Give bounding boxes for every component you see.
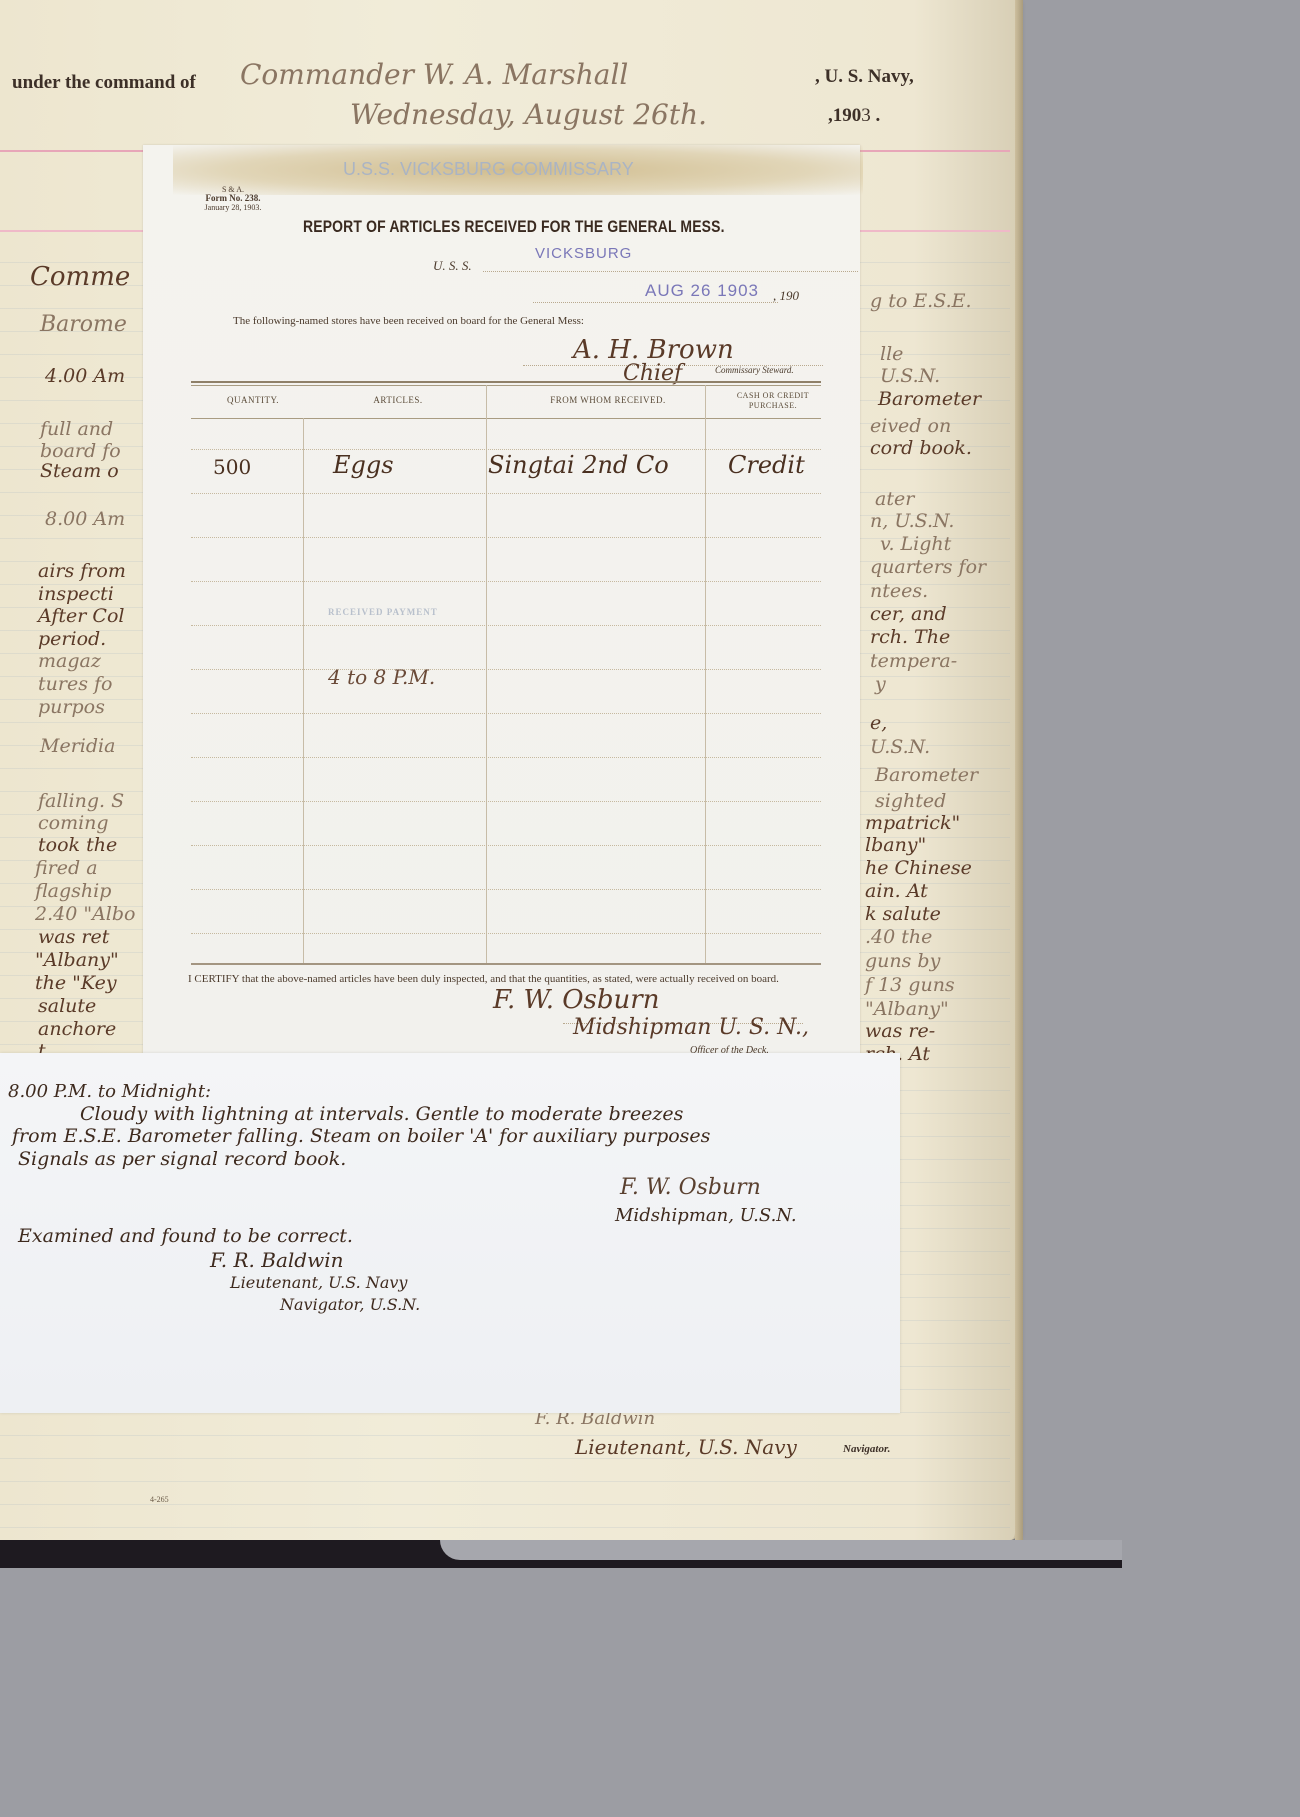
table-bottom-rule (191, 963, 821, 965)
row-line (191, 449, 821, 450)
margin-right-24: .40 the (865, 926, 932, 948)
mess-report-form: U.S.S. VICKSBURG COMMISSARY S & A. Form … (143, 145, 860, 1060)
navigator-label: Navigator. (843, 1443, 890, 1455)
margin-left-1: Barome (40, 312, 127, 337)
margin-right-6: ater (875, 488, 914, 510)
margin-left-3: full and (40, 418, 113, 440)
bleed-through-watch: 4 to 8 P.M. (328, 665, 435, 689)
year-period: . (876, 105, 881, 126)
margin-right-18: sighted (875, 790, 946, 812)
margin-left-11: magaz (38, 650, 101, 672)
ship-name-line (483, 271, 858, 272)
slip-signature: F. W. Osburn (620, 1175, 761, 1200)
row-line (191, 537, 821, 538)
margin-right-15: e, (870, 712, 887, 734)
commander-name: Commander W. A. Marshall (240, 58, 628, 91)
form-title: REPORT OF ARTICLES RECEIVED FOR THE GENE… (303, 217, 725, 237)
margin-right-3: Barometer (878, 388, 981, 410)
command-prefix: under the command of (12, 72, 196, 94)
date-line (533, 302, 778, 303)
margin-right-28: was re- (865, 1020, 935, 1042)
page-edge (1015, 0, 1023, 1540)
table-header-rule (191, 418, 821, 419)
margin-right-21: he Chinese (865, 857, 972, 879)
margin-left-22: "Albany" (35, 949, 119, 971)
margin-right-1: lle (880, 343, 903, 365)
background-surface (440, 1540, 1122, 1560)
slip-watch: 8.00 P.M. to Midnight: (8, 1081, 211, 1102)
slip-line-1: Cloudy with lightning at intervals. Gent… (80, 1103, 683, 1125)
margin-right-5: cord book. (870, 437, 972, 459)
row-line (191, 625, 821, 626)
intro-text: The following-named stores have been rec… (233, 315, 584, 327)
table-top-rule-2 (191, 385, 821, 386)
margin-right-23: k salute (865, 903, 941, 925)
margin-right-19: mpatrick" (865, 812, 960, 834)
officer-signature: F. W. Osburn (493, 985, 659, 1015)
table-top-rule (191, 381, 821, 383)
form-code-line2: Form No. 238. (206, 193, 261, 203)
row-line (191, 713, 821, 714)
watch-log-slip: 8.00 P.M. to Midnight: Cloudy with light… (0, 1053, 900, 1413)
margin-right-22: ain. At (865, 880, 928, 902)
slip-examined: Examined and found to be correct. (18, 1225, 353, 1247)
officer-rank: Midshipman U. S. N., (573, 1015, 809, 1040)
margin-left-20: 2.40 "Albo (35, 903, 135, 925)
cell-article: Eggs (333, 451, 394, 479)
margin-right-0: g to E.S.E. (870, 290, 972, 312)
slip-line-2: from E.S.E. Barometer falling. Steam on … (12, 1125, 710, 1147)
cell-quantity: 500 (213, 455, 251, 479)
margin-right-16: U.S.N. (870, 736, 930, 758)
date-suffix: , 190 (773, 288, 799, 304)
col-divider-1 (303, 418, 304, 963)
margin-left-7: airs from (38, 560, 126, 582)
form-code-line3: January 28, 1903. (188, 203, 278, 212)
form-code: S & A. Form No. 238. January 28, 1903. (188, 185, 278, 212)
steward-title: Commissary Steward. (715, 365, 794, 375)
bottom-signature-title: Lieutenant, U.S. Navy (575, 1435, 797, 1459)
margin-left-12: tures fo (38, 673, 112, 695)
page-code: 4-265 (150, 1495, 169, 1504)
margin-left-16: coming (38, 812, 109, 834)
col-from-whom: FROM WHOM RECEIVED. (503, 395, 713, 405)
certify-text: I CERTIFY that the above-named articles … (188, 973, 828, 985)
ship-stamp: VICKSBURG (535, 245, 632, 262)
ghost-stamp-bleed: U.S.S. VICKSBURG COMMISSARY (343, 159, 634, 180)
margin-left-14: Meridia (40, 735, 115, 757)
margin-right-12: rch. The (870, 626, 950, 648)
margin-left-25: anchore (38, 1018, 116, 1040)
row-line (191, 933, 821, 934)
margin-right-8: v. Light (880, 533, 951, 555)
year-digit: 3 (861, 105, 871, 126)
margin-right-9: quarters for (870, 556, 986, 578)
navy-suffix: , U. S. Navy, (815, 66, 914, 88)
margin-left-0: Comme (30, 262, 130, 292)
slip-examiner-name: F. R. Baldwin (210, 1248, 343, 1272)
received-payment-ghost: RECEIVED PAYMENT (328, 607, 438, 617)
margin-left-9: After Col (38, 605, 124, 627)
margin-right-27: "Albany" (865, 998, 949, 1020)
margin-left-19: flagship (35, 880, 111, 902)
margin-left-17: took the (38, 834, 117, 856)
margin-right-13: tempera- (870, 650, 957, 672)
margin-right-26: f 13 guns (865, 974, 955, 996)
date-stamp: AUG 26 1903 (645, 281, 759, 301)
col-divider-2 (486, 385, 487, 963)
margin-right-14: y (875, 673, 886, 695)
margin-left-23: the "Key (35, 972, 117, 994)
margin-left-10: period. (38, 628, 106, 650)
margin-left-2: 4.00 Am (45, 365, 125, 387)
margin-left-4: board fo (40, 440, 121, 462)
row-line (191, 889, 821, 890)
margin-right-10: ntees. (870, 580, 928, 602)
margin-left-15: falling. S (38, 790, 124, 812)
slip-signature-rank: Midshipman, U.S.N. (615, 1205, 797, 1226)
row-line (191, 845, 821, 846)
margin-left-5: Steam o (40, 460, 119, 482)
margin-left-6: 8.00 Am (45, 508, 125, 530)
margin-left-8: inspecti (38, 583, 114, 605)
margin-right-4: eived on (870, 415, 951, 437)
row-line (191, 757, 821, 758)
date-handwritten: Wednesday, August 26th. (350, 98, 707, 131)
row-line (191, 493, 821, 494)
row-line (191, 669, 821, 670)
col-divider-3 (705, 385, 706, 963)
cell-from: Singtai 2nd Co (488, 451, 669, 479)
slip-examiner-role: Navigator, U.S.N. (280, 1295, 420, 1314)
year-label: ,1903 . (828, 105, 880, 127)
col-quantity: QUANTITY. (198, 395, 308, 405)
col-cash-credit: CASH OR CREDIT PURCHASE. (723, 391, 823, 411)
margin-left-18: fired a (35, 857, 98, 879)
margin-right-2: U.S.N. (880, 365, 940, 387)
margin-right-11: cer, and (870, 603, 947, 625)
margin-right-20: lbany" (865, 834, 926, 856)
margin-right-7: n, U.S.N. (870, 510, 954, 532)
margin-right-25: guns by (865, 950, 940, 972)
margin-right-17: Barometer (875, 764, 978, 786)
slip-examiner-title: Lieutenant, U.S. Navy (230, 1273, 407, 1292)
year-prefix: ,190 (828, 105, 861, 126)
cell-purchase: Credit (728, 451, 805, 479)
margin-left-13: purpos (38, 696, 105, 718)
row-line (191, 801, 821, 802)
margin-left-21: was ret (38, 926, 109, 948)
margin-left-24: salute (38, 995, 96, 1017)
slip-line-3: Signals as per signal record book. (18, 1148, 346, 1170)
col-articles: ARTICLES. (333, 395, 463, 405)
row-line (191, 581, 821, 582)
ship-label: U. S. S. (433, 258, 472, 274)
